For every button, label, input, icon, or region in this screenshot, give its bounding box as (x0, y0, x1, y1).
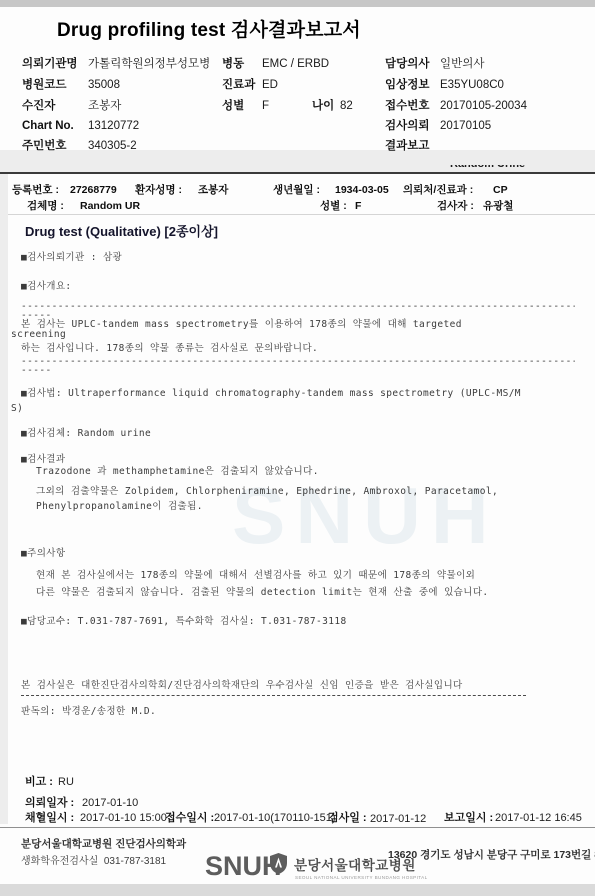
label-age: 나이 (312, 100, 334, 113)
label-examiner: 검사자 : (437, 200, 474, 212)
label-receipt-datetime: 접수일시 : (165, 812, 214, 825)
report-line-overview-1: 본 검사는 UPLC-tandem mass spectrometry를 이용하… (21, 320, 462, 331)
label-department: 진료과 (222, 79, 255, 92)
report-line-certification: 본 검사실은 대한진단검사의학회/진단검사의학재단의 우수검사실 신임 인증을 … (21, 681, 463, 692)
value-test-date: 2017-01-12 (370, 813, 426, 826)
footer-address: 13620 경기도 성남시 분당구 구미로 173번길 82 (388, 849, 595, 861)
value-examiner: 유광철 (483, 200, 513, 212)
report-line-result-1: Trazodone 과 methamphetamine은 검출되지 않았습니다. (36, 467, 319, 478)
value-ref-dept: CP (493, 184, 508, 196)
value-reg-no: 27268779 (70, 184, 117, 196)
label-test-request: 검사의뢰 (385, 120, 429, 133)
report-dashed-rule-2-short: ----- (21, 366, 52, 377)
report-line-specimen: ■검사검체: Random urine (21, 429, 151, 440)
test-title: Drug test (Qualitative) [2종이상] (25, 225, 218, 240)
value-ward: EMC / ERBD (262, 58, 329, 71)
report-line-result-3: Phenylpropanolamine이 검출됨. (36, 502, 203, 513)
value-patient-sex: F (355, 200, 361, 212)
snuh-shield-icon (270, 853, 287, 879)
label-note: 비고 : (25, 776, 53, 789)
report-line-request-org: ■검사의뢰기관 : 삼광 (21, 253, 122, 264)
value-age: 82 (340, 100, 353, 113)
value-chart-no: 13120772 (88, 120, 139, 133)
label-birthdate: 생년월일 : (273, 184, 320, 196)
label-client-org: 의뢰기관명 (22, 58, 78, 71)
report-line-result-heading: ■검사결과 (21, 455, 65, 466)
top-gray-strip (0, 0, 595, 7)
snuh-watermark: SNUH (232, 470, 499, 562)
left-margin-strip (0, 174, 8, 824)
report-line-caution-1: 현재 본 검사실에서는 178종의 약물에 대해서 선별검사를 하고 있기 때문… (36, 571, 475, 582)
label-report-datetime: 보고일시 : (444, 812, 493, 825)
clipped-specimen-text: Random Urine (450, 165, 525, 170)
report-line-caution-heading: ■주의사항 (21, 549, 65, 560)
value-resident-no: 340305-2 (88, 140, 137, 153)
label-clinical-info: 임상정보 (385, 79, 429, 92)
value-report-datetime: 2017-01-12 16:45 (495, 812, 582, 825)
certification-underline (21, 695, 526, 696)
label-hospital-code: 병원코드 (22, 79, 66, 92)
label-chart-no: Chart No. (22, 120, 74, 133)
label-resident-no: 주민번호 (22, 140, 66, 153)
value-patient-name: 조봉자 (198, 184, 228, 196)
label-specimen: 검체명 : (27, 200, 64, 212)
patient-bar-divider (8, 214, 595, 215)
footer-lab-line: 생화학유전검사실 031-787-3181 (21, 856, 166, 868)
value-sex: F (262, 100, 269, 113)
report-line-result-2: 그외의 검출약물은 Zolpidem, Chlorpheniramine, Ep… (36, 487, 498, 498)
value-specimen: Random UR (80, 200, 140, 212)
report-line-pathologist: 판독의: 박경운/송정한 M.D. (21, 707, 156, 718)
footer-hospital-name-en: SEOUL NATIONAL UNIVERSITY BUNDANG HOSPIT… (295, 875, 428, 880)
label-ward: 병동 (222, 58, 244, 71)
value-patient: 조봉자 (88, 100, 121, 113)
value-collect-datetime: 2017-01-10 15:00 (80, 812, 167, 825)
value-hospital-code: 35008 (88, 79, 120, 92)
value-receipt-datetime: 2017-01-10(170110-151) (214, 812, 336, 825)
label-patient-sex: 성별 : (320, 200, 347, 212)
value-receipt-no: 20170105-20034 (440, 100, 527, 113)
value-note: RU (58, 776, 74, 789)
label-collect-datetime: 채혈일시 : (25, 812, 74, 825)
label-result-report: 결과보고 (385, 140, 429, 153)
footer-divider (0, 827, 595, 828)
label-reg-no: 등록번호 : (12, 184, 59, 196)
label-request-date: 의뢰일자 : (25, 797, 74, 810)
footer-dept-name: 분당서울대학교병원 진단검사의학과 (21, 838, 186, 850)
report-dashed-rule: ----------------------------------------… (21, 302, 575, 313)
label-doctor: 담당의사 (385, 58, 429, 71)
label-test-date: 검사일 : (328, 812, 367, 825)
value-birthdate: 1934-03-05 (335, 184, 389, 196)
value-clinical-info: E35YU08C0 (440, 79, 504, 92)
page-title: Drug profiling test 검사결과보고서 (57, 20, 361, 42)
label-patient: 수진자 (22, 100, 55, 113)
label-patient-name: 환자성명 : (135, 184, 182, 196)
value-department: ED (262, 79, 278, 92)
report-line-caution-2: 다른 약물은 검출되지 않습니다. 검출된 약물의 detection limi… (36, 588, 489, 599)
report-line-overview-heading: ■검사개요: (21, 282, 72, 293)
label-ref-dept: 의뢰처/진료과 : (403, 184, 473, 196)
report-page: SNUH Drug profiling test 검사결과보고서 의뢰기관명 가… (0, 0, 595, 896)
value-request-date: 2017-01-10 (82, 797, 138, 810)
report-line-method-wrap: S) (11, 404, 23, 415)
report-line-contact: ■담당교수: T.031-787-7691, 특수화학 검사실: T.031-7… (21, 617, 347, 628)
clipped-specimen-note: Random Urine (450, 165, 570, 172)
report-line-overview-2: 하는 검사입니다. 178종의 약물 종류는 검사실로 문의바랍니다. (21, 344, 318, 355)
bottom-gray-strip (0, 884, 595, 896)
value-doctor: 일반의사 (440, 58, 484, 71)
report-line-overview-1-wrap: screening (11, 330, 66, 341)
label-receipt-no: 접수번호 (385, 100, 429, 113)
value-test-request: 20170105 (440, 120, 491, 133)
value-client-org: 가톨릭학원의정부성모병 (88, 58, 210, 71)
divider-dark (0, 172, 595, 174)
label-sex: 성별 (222, 100, 244, 113)
report-line-method: ■검사법: Ultraperformance liquid chromatogr… (21, 389, 521, 400)
report-dashed-rule-2: ----------------------------------------… (21, 357, 575, 368)
